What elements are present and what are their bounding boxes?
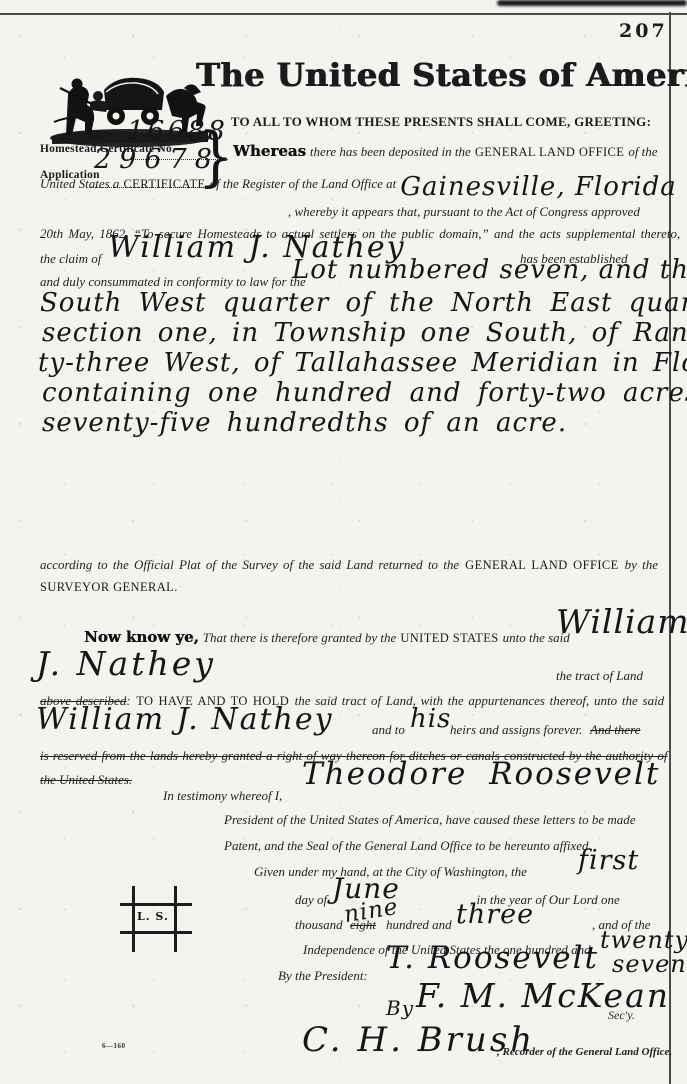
document-title: The United States of America, [196,56,656,94]
secretary-title: Sec'y. [608,1008,635,1023]
land-office-location-handwritten: Gainesville, Florida [400,172,677,202]
plat-glo-text: GENERAL LAND OFFICE [465,558,619,572]
whereby-line: , whereby it appears that, pursuant to t… [288,204,640,220]
form-print-code: 6—160 [102,1042,126,1050]
thousand-text: thousand [295,917,343,933]
land-description-line-6: seventy-five hundredths of an acre. [42,408,567,438]
surveyor-general-text: SURVEYOR GENERAL. [40,580,178,595]
struck-eight-text: eight [350,917,376,933]
testimony-line-3: Patent, and the Seal of the General Land… [224,838,592,854]
general-land-office-text: GENERAL LAND OFFICE [475,145,625,159]
land-description-line-1: Lot numbered seven, and the [292,255,687,285]
of-the-text: of the [628,144,657,159]
year-value-handwritten: three [456,899,534,930]
land-description-line-4: ty-three West, of Tallahassee Meridian i… [38,348,687,378]
struck-united-states: the United States. [40,772,132,788]
president-name-handwritten: Theodore Roosevelt [302,756,660,792]
testimony-line-2: President of the United States of Americ… [224,812,636,828]
top-border-rule [0,13,687,15]
page-number: 207 [619,20,668,42]
land-description-line-2: South West quarter of the North East qua… [40,288,687,318]
his-handwritten: his [410,704,451,734]
said-tract-text: the said tract of Land, with the appurte… [295,693,665,708]
plat-text-a: according to the Official Plat of the Su… [40,557,459,572]
independence-value2-handwritten: seventh [612,950,687,978]
certificate-word: CERTIFICATE [123,177,205,191]
homestead-patent-document: 207 The United States of America, TO ALL… [0,0,687,1084]
register-text: of the Register of the Land Office at [210,176,397,191]
whereas-line-1: Whereas there has been deposited in the … [233,142,658,161]
plat-text-b: by the [625,557,658,572]
plat-line-1: according to the Official Plat of the Su… [40,556,658,574]
tract-of-land-text: the tract of Land [556,668,643,684]
claim-of-text: the claim of [40,251,101,267]
seal-grid-line [174,886,177,952]
in-testimony-text: In testimony whereof I, [163,788,282,804]
scan-smudge [497,0,687,6]
day-of-text: day of [295,892,327,908]
united-states-caps: UNITED STATES [400,631,498,645]
united-states-a-text: United States a [40,176,119,191]
recorder-title: , Recorder of the General Land Office. [497,1046,672,1058]
grantee-full-name-handwritten: William J. Nathey [36,702,334,737]
whereas-deposited-text: there has been deposited in the [310,144,471,159]
granted-text: That there is therefore granted by the [203,630,397,645]
whereas-keyword: Whereas [233,142,306,160]
and-to-text: and to [372,722,405,738]
seal-grid-line [120,903,192,906]
grantee-rest-name-handwritten: J. Nathey [36,644,216,683]
seal-grid-line [120,931,192,934]
hundred-and-text: hundred and [386,917,452,933]
greeting-line: TO ALL TO WHOM THESE PRESENTS SHALL COME… [226,114,656,130]
seal-grid-line [132,886,135,952]
seal-label: L. S. [137,910,169,923]
ls-seal: L. S. [120,886,192,952]
heirs-text: heirs and assigns forever. [450,722,582,738]
struck-and-there: And there [590,722,640,738]
president-signature: T. Roosevelt [386,940,599,976]
grantee-first-name-handwritten: William [556,602,687,641]
whereas-line-2: United States a CERTIFICATE of the Regis… [40,172,677,202]
land-description-line-5: containing one hundred and forty-two acr… [42,378,687,408]
by-the-president-label: By the President: [278,968,368,984]
day-value-handwritten: first [578,845,639,876]
by-handwritten: By [386,996,414,1020]
land-description-line-3: section one, in Township one South, of R… [42,318,687,348]
